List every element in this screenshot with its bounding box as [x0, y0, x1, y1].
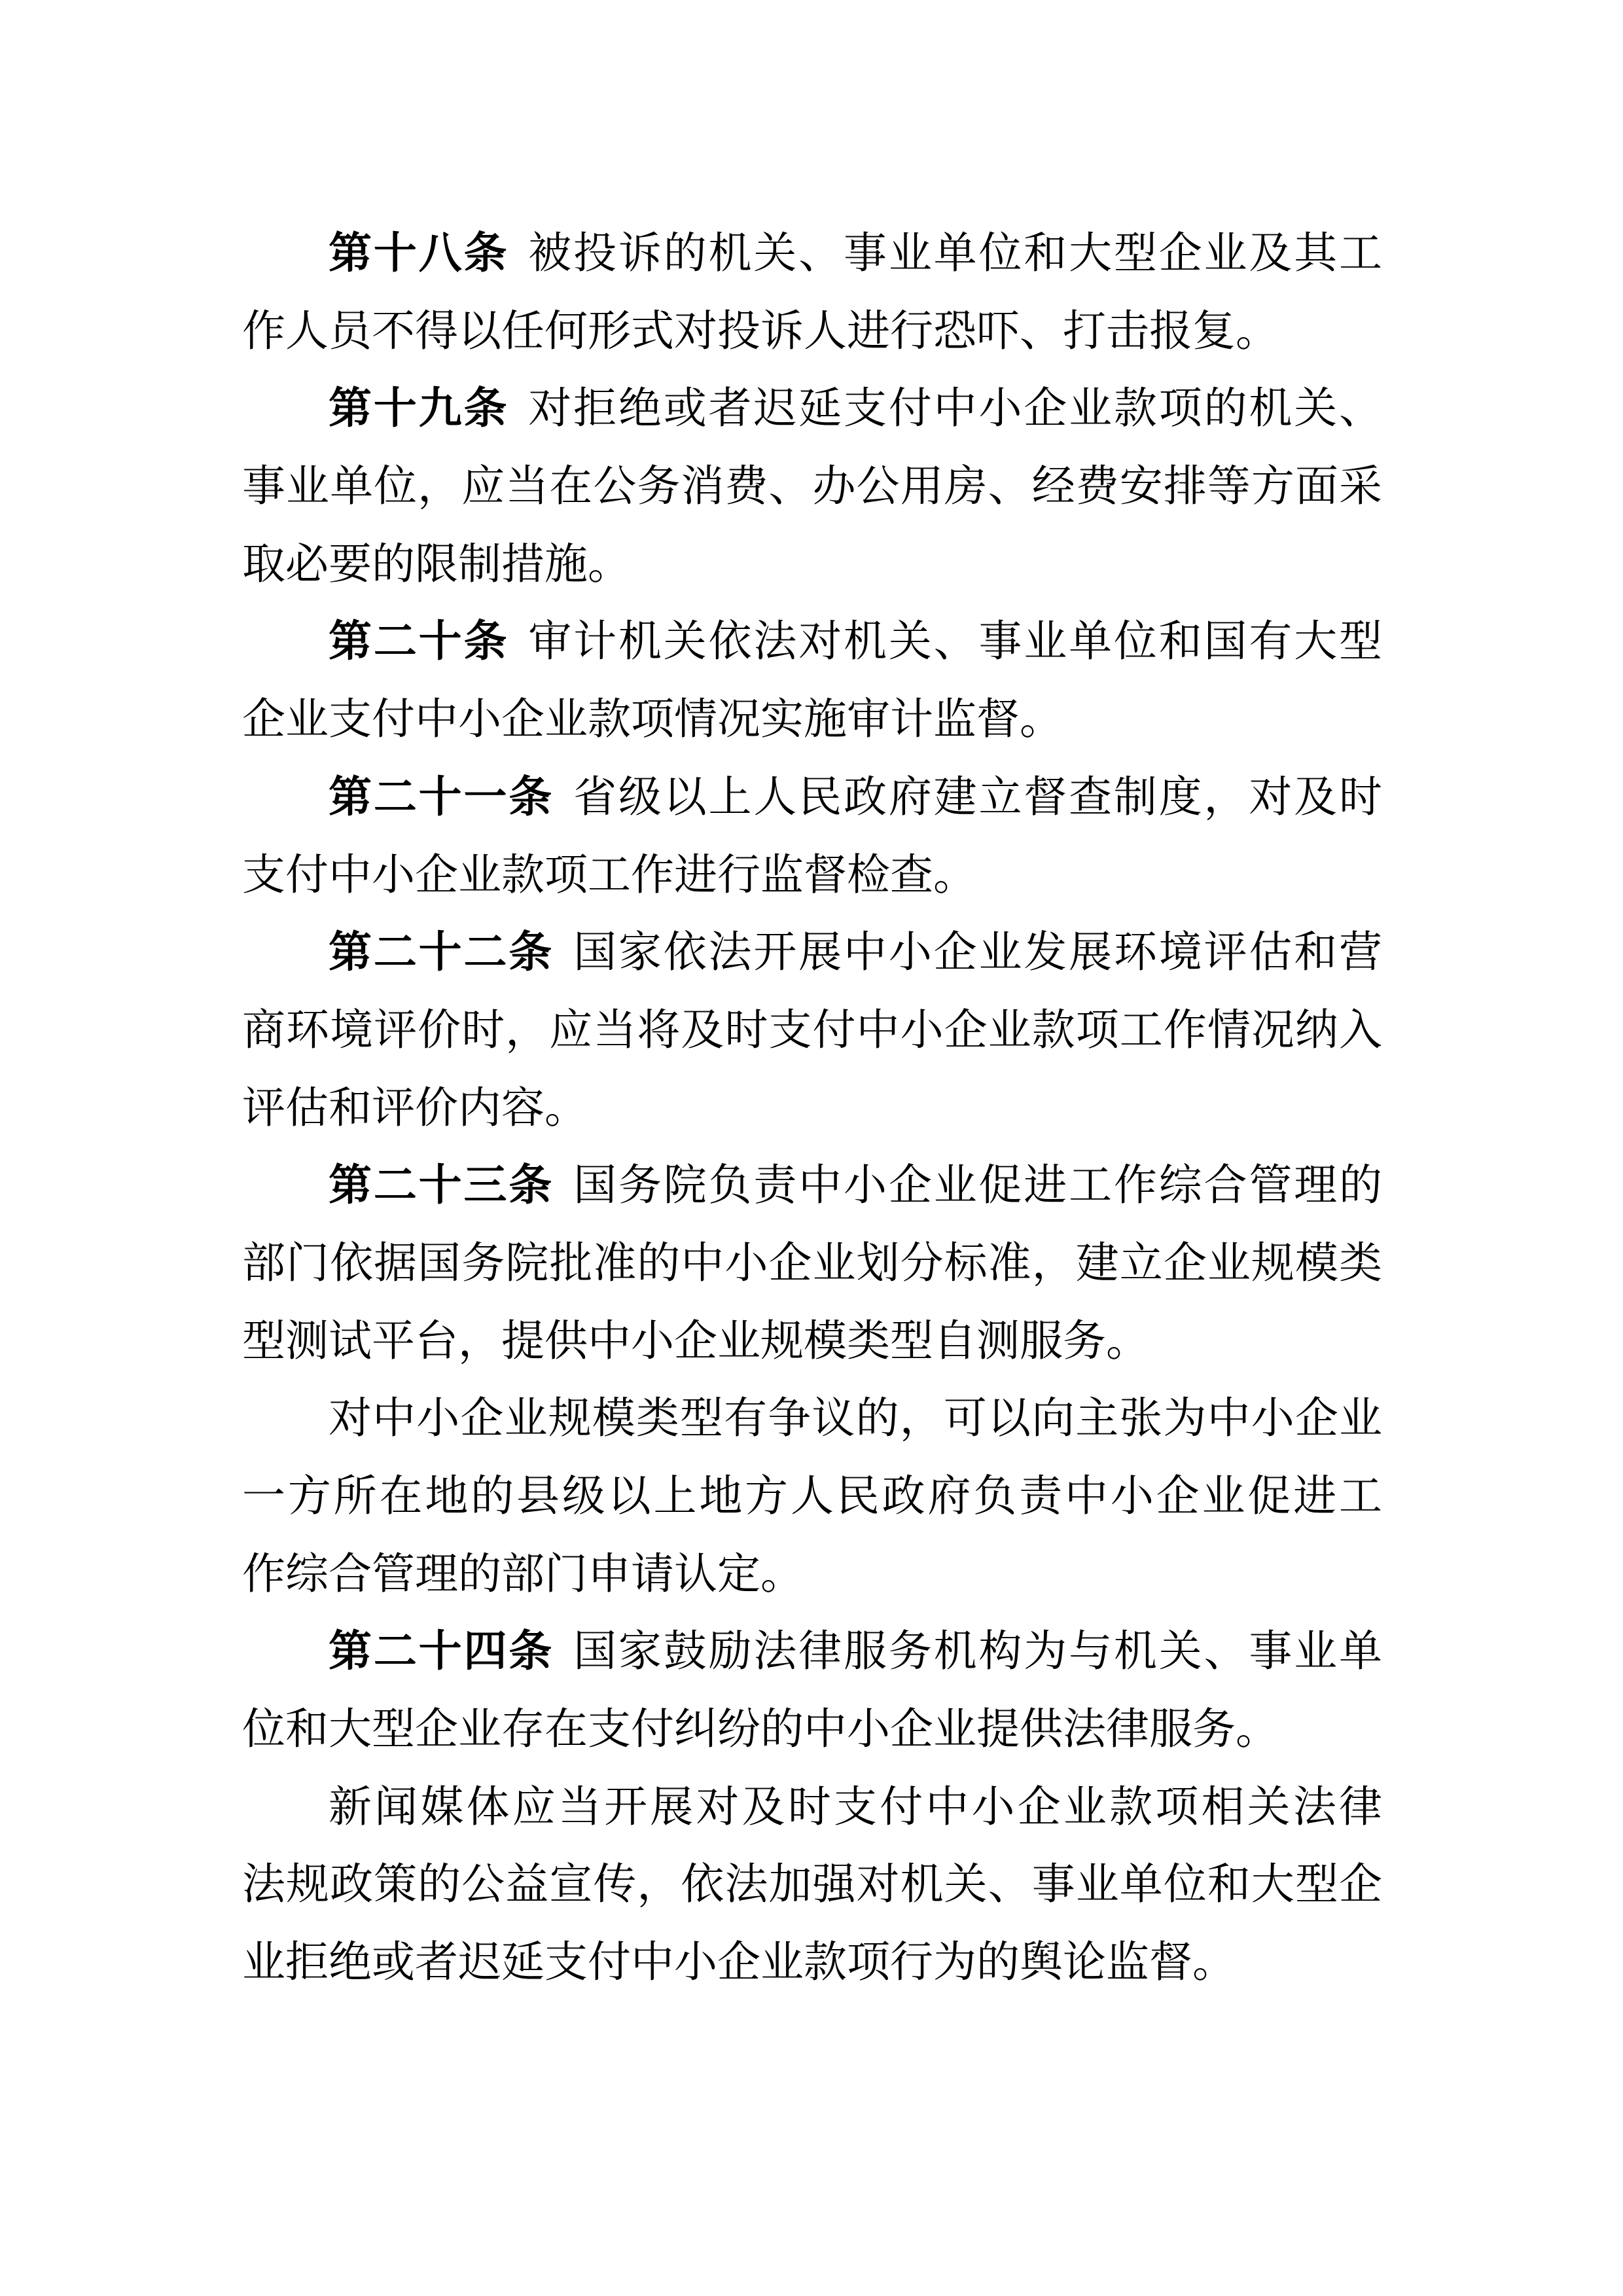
paragraph-line: 商环境评价时，应当将及时支付中小企业款项工作情况纳入: [242, 992, 1382, 1070]
line-text: 一方所在地的县级以上地方人民政府负责中小企业促进工: [242, 1473, 1382, 1520]
article-number-label: 第二十一条: [329, 774, 554, 821]
line-text: 取必要的限制措施。: [242, 541, 631, 588]
line-text: 支付中小企业款项工作进行监督检查。: [242, 852, 976, 899]
document-page: 第十八条被投诉的机关、事业单位和大型企业及其工作人员不得以任何形式对投诉人进行恐…: [0, 0, 1623, 2296]
paragraph-line: 作综合管理的部门申请认定。: [242, 1536, 1382, 1614]
line-text: 国家鼓励法律服务机构为与机关、事业单: [573, 1628, 1382, 1676]
paragraph-line: 企业支付中小企业款项情况实施审计监督。: [242, 681, 1382, 759]
article-number-label: 第二十二条: [329, 929, 554, 977]
paragraph-line: 对中小企业规模类型有争议的，可以向主张为中小企业: [242, 1380, 1382, 1458]
paragraph-line: 一方所在地的县级以上地方人民政府负责中小企业促进工: [242, 1458, 1382, 1536]
line-text: 商环境评价时，应当将及时支付中小企业款项工作情况纳入: [242, 1007, 1382, 1054]
line-text: 作综合管理的部门申请认定。: [242, 1551, 804, 1598]
line-text: 法规政策的公益宣传，依法加强对机关、事业单位和大型企: [242, 1861, 1382, 1909]
paragraph: 第十九条对拒绝或者迟延支付中小企业款项的机关、事业单位，应当在公务消费、办公用房…: [242, 370, 1382, 603]
paragraph-line: 第二十条审计机关依法对机关、事业单位和国有大型: [242, 603, 1382, 681]
paragraph-line: 评估和评价内容。: [242, 1070, 1382, 1148]
paragraph-line: 位和大型企业存在支付纠纷的中小企业提供法律服务。: [242, 1691, 1382, 1769]
paragraph: 第十八条被投诉的机关、事业单位和大型企业及其工作人员不得以任何形式对投诉人进行恐…: [242, 215, 1382, 370]
paragraph-line: 业拒绝或者迟延支付中小企业款项行为的舆论监督。: [242, 1924, 1382, 2002]
line-text: 被投诉的机关、事业单位和大型企业及其工: [528, 230, 1382, 278]
paragraph-line: 第二十二条国家依法开展中小企业发展环境评估和营: [242, 914, 1382, 992]
line-text: 型测试平台，提供中小企业规模类型自测服务。: [242, 1318, 1149, 1365]
paragraph-line: 取必要的限制措施。: [242, 526, 1382, 604]
line-text: 企业支付中小企业款项情况实施审计监督。: [242, 696, 1063, 744]
line-text: 国家依法开展中小企业发展环境评估和营: [573, 929, 1382, 977]
line-text: 部门依据国务院批准的中小企业划分标准，建立企业规模类: [242, 1240, 1382, 1287]
article-number-label: 第十九条: [329, 385, 508, 433]
line-text: 评估和评价内容。: [242, 1085, 588, 1132]
paragraph: 第二十三条国务院负责中小企业促进工作综合管理的部门依据国务院批准的中小企业划分标…: [242, 1147, 1382, 1380]
paragraph-line: 第十八条被投诉的机关、事业单位和大型企业及其工: [242, 215, 1382, 293]
paragraph-line: 第十九条对拒绝或者迟延支付中小企业款项的机关、: [242, 370, 1382, 448]
line-text: 审计机关依法对机关、事业单位和国有大型: [528, 618, 1382, 666]
paragraph: 第二十二条国家依法开展中小企业发展环境评估和营商环境评价时，应当将及时支付中小企…: [242, 914, 1382, 1147]
paragraph-line: 法规政策的公益宣传，依法加强对机关、事业单位和大型企: [242, 1846, 1382, 1924]
line-text: 省级以上人民政府建立督查制度，对及时: [573, 774, 1382, 821]
line-text: 对拒绝或者迟延支付中小企业款项的机关、: [528, 385, 1382, 433]
line-text: 国务院负责中小企业促进工作综合管理的: [573, 1162, 1382, 1210]
line-text: 事业单位，应当在公务消费、办公用房、经费安排等方面采: [242, 463, 1382, 511]
paragraph-line: 第二十三条国务院负责中小企业促进工作综合管理的: [242, 1147, 1382, 1225]
article-number-label: 第十八条: [329, 230, 508, 278]
article-number-label: 第二十条: [329, 618, 508, 666]
line-text: 业拒绝或者迟延支付中小企业款项行为的舆论监督。: [242, 1939, 1236, 1986]
paragraph: 新闻媒体应当开展对及时支付中小企业款项相关法律法规政策的公益宣传，依法加强对机关…: [242, 1769, 1382, 2002]
line-text: 位和大型企业存在支付纠纷的中小企业提供法律服务。: [242, 1706, 1279, 1753]
line-text: 新闻媒体应当开展对及时支付中小企业款项相关法律: [329, 1784, 1382, 1831]
paragraph-line: 支付中小企业款项工作进行监督检查。: [242, 837, 1382, 915]
paragraph: 第二十一条省级以上人民政府建立督查制度，对及时支付中小企业款项工作进行监督检查。: [242, 759, 1382, 914]
text-block: 第十八条被投诉的机关、事业单位和大型企业及其工作人员不得以任何形式对投诉人进行恐…: [242, 215, 1382, 2002]
line-text: 对中小企业规模类型有争议的，可以向主张为中小企业: [329, 1395, 1382, 1443]
paragraph-line: 新闻媒体应当开展对及时支付中小企业款项相关法律: [242, 1769, 1382, 1847]
paragraph: 对中小企业规模类型有争议的，可以向主张为中小企业一方所在地的县级以上地方人民政府…: [242, 1380, 1382, 1613]
paragraph-line: 部门依据国务院批准的中小企业划分标准，建立企业规模类: [242, 1225, 1382, 1303]
article-number-label: 第二十三条: [329, 1162, 554, 1210]
paragraph-line: 第二十一条省级以上人民政府建立督查制度，对及时: [242, 759, 1382, 837]
paragraph-line: 第二十四条国家鼓励法律服务机构为与机关、事业单: [242, 1613, 1382, 1691]
paragraph: 第二十条审计机关依法对机关、事业单位和国有大型企业支付中小企业款项情况实施审计监…: [242, 603, 1382, 759]
paragraph-line: 事业单位，应当在公务消费、办公用房、经费安排等方面采: [242, 448, 1382, 526]
paragraph: 第二十四条国家鼓励法律服务机构为与机关、事业单位和大型企业存在支付纠纷的中小企业…: [242, 1613, 1382, 1768]
paragraph-line: 型测试平台，提供中小企业规模类型自测服务。: [242, 1303, 1382, 1381]
line-text: 作人员不得以任何形式对投诉人进行恐吓、打击报复。: [242, 308, 1279, 355]
paragraph-line: 作人员不得以任何形式对投诉人进行恐吓、打击报复。: [242, 293, 1382, 371]
article-number-label: 第二十四条: [329, 1628, 554, 1676]
